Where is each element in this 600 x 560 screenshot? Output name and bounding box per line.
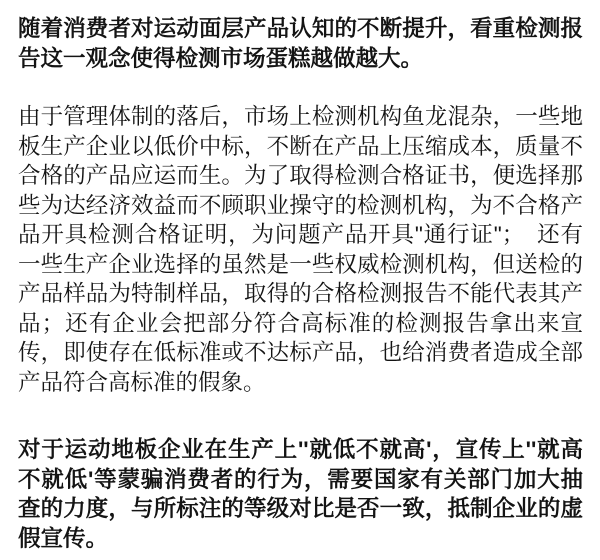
paragraph-main: 由于管理体制的落后，市场上检测机构鱼龙混杂，一些地板生产企业以低价中标，不断在产… <box>18 102 583 397</box>
paragraph-intro: 随着消费者对运动面层产品认知的不断提升，看重检测报告这一观念使得检测市场蛋糕越做… <box>18 14 583 73</box>
paragraph-conclusion: 对于运动地板企业在生产上''就低不就高'，宣传上''就高不就低'等蒙骗消费者的行… <box>18 435 583 553</box>
article-body: 随着消费者对运动面层产品认知的不断提升，看重检测报告这一观念使得检测市场蛋糕越做… <box>0 0 600 560</box>
